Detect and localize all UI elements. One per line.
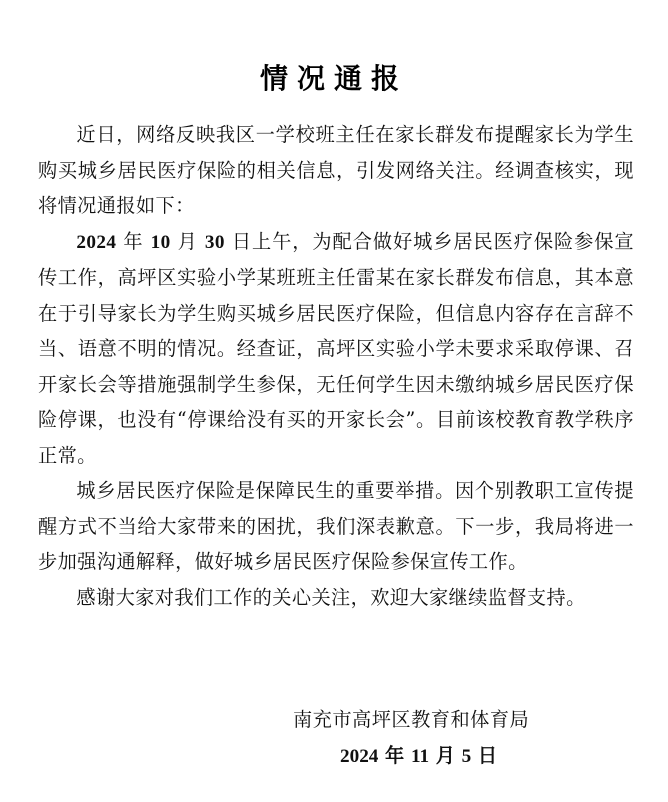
- signature-organization: 南充市高坪区教育和体育局: [293, 702, 529, 737]
- findings-date-day-unit: 日: [225, 230, 252, 253]
- document-title: 情况通报: [0, 59, 668, 99]
- signature-date-year-unit: 年: [378, 744, 411, 767]
- paragraph-thanks: 感谢大家对我们工作的关心关注，欢迎大家继续监督支持。: [38, 580, 634, 616]
- findings-date-year-unit: 年: [116, 230, 150, 253]
- signature-date-year: 2024: [340, 746, 378, 767]
- paragraph-intro: 近日，网络反映我区一学校班主任在家长群发布提醒家长为学生购买城乡居民医疗保险的相…: [38, 117, 634, 224]
- findings-date-day: 30: [205, 232, 225, 253]
- signature-date-day-unit: 日: [471, 744, 497, 767]
- document-body: 近日，网络反映我区一学校班主任在家长群发布提醒家长为学生购买城乡居民医疗保险的相…: [38, 117, 634, 615]
- signature-date-month-unit: 月: [429, 744, 462, 767]
- signature-date: 2024 年 11 月 5 日: [340, 738, 497, 774]
- findings-date-year: 2024: [76, 232, 116, 253]
- signature-date-month: 11: [411, 746, 429, 767]
- signature-date-day: 5: [462, 746, 472, 767]
- paragraph-apology: 城乡居民医疗保险是保障民生的重要举措。因个别教职工宣传提醒方式不当给大家带来的困…: [38, 473, 634, 580]
- findings-date-month: 10: [151, 232, 171, 253]
- findings-date-month-unit: 月: [171, 230, 205, 253]
- findings-text: 上午，为配合做好城乡居民医疗保险参保宣传工作，高坪区实验小学某班班主任雷某在家长…: [38, 230, 634, 467]
- paragraph-findings: 2024 年 10 月 30 日上午，为配合做好城乡居民医疗保险参保宣传工作，高…: [38, 224, 634, 474]
